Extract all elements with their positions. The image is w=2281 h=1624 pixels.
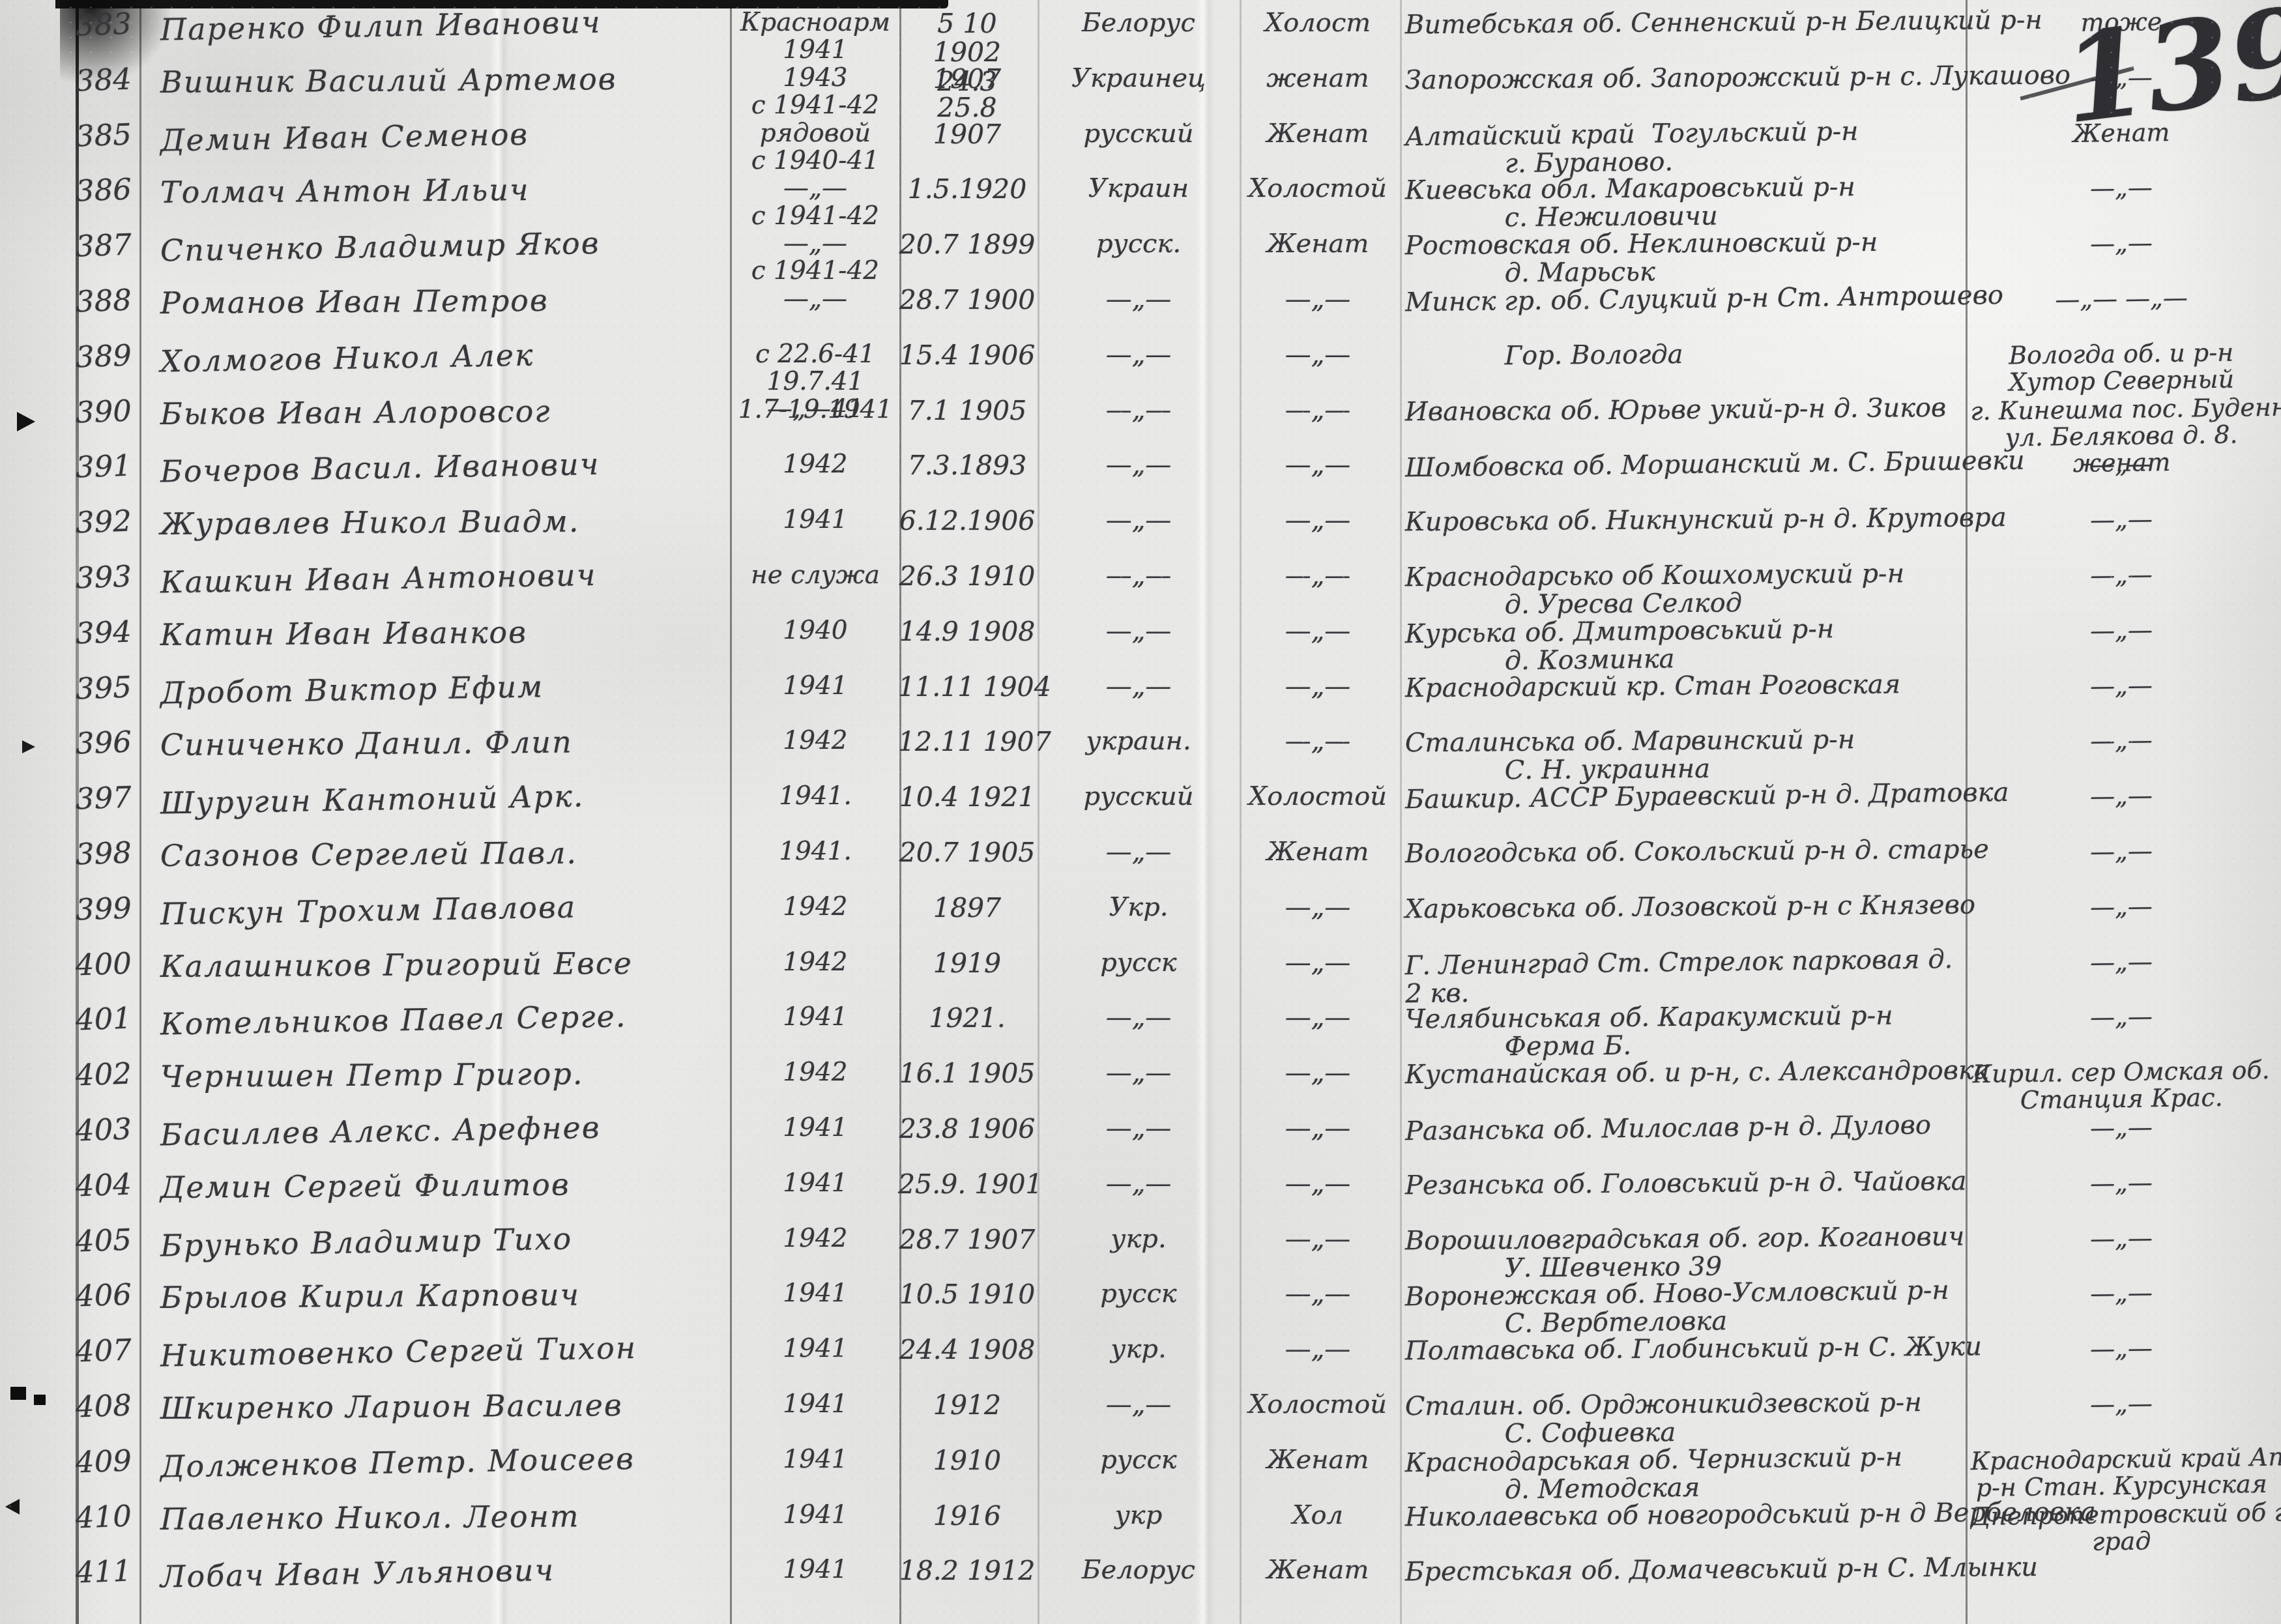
cell-note: —„— <box>1971 1168 2273 1198</box>
cell-row-number: 387 <box>67 229 140 263</box>
cell-service-year: 1942 <box>735 451 895 478</box>
cell-row-number: 402 <box>67 1058 140 1092</box>
page-number: 139 <box>2056 0 2281 141</box>
cell-address: Краснодарськая об. Чернизский р-н д. Мет… <box>1405 1443 1965 1506</box>
cell-row-number: 405 <box>67 1224 140 1258</box>
cell-note: —„— <box>1971 946 2273 977</box>
cell-service-year: 1942 <box>735 727 895 755</box>
cell-service-year: 1941 <box>735 1446 895 1473</box>
cell-marital-status: Холостой <box>1238 175 1397 203</box>
cell-row-number: 386 <box>67 173 140 207</box>
cell-birth-date: 10.4 1921 <box>898 783 1036 811</box>
cell-row-number: 410 <box>67 1500 140 1534</box>
cell-note: —„— <box>1971 725 2273 756</box>
cell-full-name: Басиллев Алекс. Арефнев <box>160 1109 728 1152</box>
cell-row-number: 409 <box>67 1445 140 1479</box>
cell-service-year: —„— с 1941-42 <box>735 230 895 285</box>
cell-birth-date: 1907 <box>898 120 1036 149</box>
table-row: 410 Павленко Никол. Леонт 1941 1916 укр … <box>0 1501 2281 1558</box>
table-row: 401 Котельников Павел Серге. 1941 1921. … <box>0 1004 2281 1060</box>
cell-full-name: Бочеров Васил. Иванович <box>160 446 728 489</box>
cell-marital-status: —„— <box>1238 1280 1397 1308</box>
cell-birth-date: 11.11 1904 <box>898 673 1036 701</box>
cell-note: —„— <box>1971 1278 2273 1309</box>
cell-service-year: 1941 <box>735 673 895 700</box>
cell-nationality: Укр. <box>1040 893 1237 921</box>
cell-address: Алтайский край Тогульский р-н г. Буранов… <box>1405 116 1965 179</box>
cell-birth-date: 6.12.1906 <box>898 506 1036 535</box>
cell-service-year: 1941 <box>735 1004 895 1031</box>
cell-service-year: 1942 <box>735 1225 895 1253</box>
table-row: 389 Холмогов Никол Алек с 22.6-41 19.7.4… <box>0 341 2281 397</box>
cell-row-number: 407 <box>67 1334 140 1368</box>
cell-note: Кирил. сер Омская об. Станция Крас. <box>1970 1057 2272 1115</box>
cell-nationality: русск <box>1040 1446 1237 1474</box>
cell-address: Воронежская об. Ново-Усмловский р-н С. В… <box>1405 1277 1965 1340</box>
cell-address: Киевська обл. Макаровський р-н с. Нежило… <box>1405 173 1965 233</box>
table-row: 396 Синиченко Данил. Флип 1942 12.11 190… <box>0 727 2281 783</box>
cell-row-number: 395 <box>67 671 140 705</box>
cell-marital-status: женат <box>1238 65 1397 93</box>
cell-full-name: Шкиренко Ларион Василев <box>160 1389 727 1425</box>
cell-nationality: Украинец <box>1040 65 1237 93</box>
cell-birth-date: 28.7 1900 <box>898 285 1036 314</box>
table-row: 395 Дробот Виктор Ефим 1941 11.11 1904 —… <box>0 673 2281 729</box>
cell-full-name: Журавлев Никол Виадм. <box>160 504 727 541</box>
cell-nationality: укр. <box>1040 1225 1237 1253</box>
table-row: 390 Быков Иван Алоровсог 1.7-19.1941 7.1… <box>0 396 2281 452</box>
cell-address: Запорожская об. Запорожский р-н с. Лукаш… <box>1405 62 1964 94</box>
cell-nationality: —„— <box>1040 1391 1237 1419</box>
cell-full-name: Синиченко Данил. Флип <box>160 725 727 762</box>
cell-marital-status: —„— <box>1238 1059 1397 1087</box>
cell-full-name: Паренко Филип Иванович <box>160 4 728 46</box>
cell-birth-date: 28.7 1907 <box>898 1225 1036 1254</box>
cell-service-year: 1.7-19.1941 <box>735 396 895 424</box>
cell-row-number: 398 <box>67 837 140 871</box>
cell-address: Башкир. АССР Бураевский р-н д. Дратовка <box>1405 779 1964 815</box>
cell-row-number: 397 <box>67 781 140 815</box>
cell-marital-status: Женат <box>1238 838 1397 866</box>
cell-row-number: 389 <box>67 340 140 373</box>
cell-nationality: —„— <box>1040 562 1237 590</box>
cell-marital-status: Хол <box>1238 1501 1397 1530</box>
cell-address: Брестськая об. Домачевський р-н С. Млынк… <box>1405 1554 1964 1587</box>
cell-service-year: рядовой с 1940-41 <box>735 120 895 175</box>
cell-birth-date: 12.11 1907 <box>898 727 1036 756</box>
cell-nationality: —„— <box>1040 451 1237 479</box>
cell-full-name: Шуругин Кантоний Арк. <box>160 778 728 820</box>
cell-birth-date: 18.2 1912 <box>898 1556 1036 1585</box>
cell-full-name: Сазонов Сергелей Павл. <box>160 836 727 873</box>
cell-note: Краснодарский край Апастулов р-н Стан. К… <box>1970 1444 2272 1502</box>
table-row: 408 Шкиренко Ларион Василев 1941 1912 —„… <box>0 1391 2281 1447</box>
cell-note: —„— <box>1971 173 2273 203</box>
table-row: 403 Басиллев Алекс. Арефнев 1941 23.8 19… <box>0 1114 2281 1170</box>
cell-nationality: русский <box>1040 783 1237 811</box>
cell-marital-status: —„— <box>1238 285 1397 313</box>
cell-birth-date: 23.8 1906 <box>898 1114 1036 1143</box>
cell-row-number: 383 <box>67 8 140 42</box>
cell-full-name: Демин Иван Семенов <box>160 115 728 157</box>
cell-service-year: —„— с 1941-42 <box>735 175 895 229</box>
cell-address: Сталинська об. Марвинский р-н С. Н. укра… <box>1405 725 1965 786</box>
cell-note: —„— <box>1971 560 2273 590</box>
cell-service-year: 1941 <box>735 1170 895 1197</box>
cell-row-number: 384 <box>67 63 140 97</box>
cell-birth-date: 1.5.1920 <box>898 175 1036 203</box>
table-row: 411 Лобач Иван Ульянович 1941 18.2 1912 … <box>0 1556 2281 1612</box>
cell-birth-date: 26.3 1910 <box>898 562 1036 590</box>
cell-full-name: Никитовенко Сергей Тихон <box>160 1331 728 1373</box>
cell-service-year: 1941 <box>735 1335 895 1363</box>
cell-address: Харьковська об. Лозовской р-н с Князево <box>1405 891 1964 923</box>
cell-service-year: 1941 <box>735 1114 895 1142</box>
cell-birth-date: 1916 <box>898 1501 1036 1530</box>
cell-service-year: 1941 <box>735 1501 895 1529</box>
cell-birth-date: 20.7 1899 <box>898 230 1036 259</box>
cell-service-year: 1940 <box>735 617 895 645</box>
table-row: 402 Чернишен Петр Григор. 1942 16.1 1905… <box>0 1059 2281 1115</box>
cell-birth-date: 1921. <box>898 1004 1036 1032</box>
cell-nationality: русск <box>1040 1280 1237 1308</box>
cell-full-name: Вишник Василий Артемов <box>160 63 727 99</box>
cell-full-name: Дробот Виктор Ефим <box>160 667 728 710</box>
cell-note: —„— <box>1971 1389 2273 1419</box>
cell-row-number: 385 <box>67 119 140 152</box>
table-row: 399 Пискун Трохим Павлова 1942 1897 Укр.… <box>0 893 2281 950</box>
cell-birth-date: 10.5 1910 <box>898 1280 1036 1309</box>
cell-marital-status: Женат <box>1238 120 1397 148</box>
cell-marital-status: —„— <box>1238 562 1397 590</box>
cell-marital-status: —„— <box>1238 396 1397 424</box>
cell-row-number: 394 <box>67 616 140 650</box>
table-row: 383 Паренко Филип Иванович Красноарм 194… <box>0 9 2281 65</box>
cell-address: Ростовская об. Неклиновский р-н д. Марьс… <box>1405 228 1965 289</box>
cell-marital-status: Женат <box>1238 1556 1397 1584</box>
cell-row-number: 406 <box>67 1279 140 1312</box>
cell-marital-status: —„— <box>1238 1004 1397 1032</box>
cell-note: —„— <box>1971 449 2273 480</box>
cell-row-number: 404 <box>67 1168 140 1202</box>
cell-full-name: Долженков Петр. Моисеев <box>160 1441 728 1483</box>
cell-service-year: 1942 <box>735 949 895 976</box>
cell-birth-date: 7.3.1893 <box>898 451 1036 480</box>
cell-full-name: Лобач Иван Ульянович <box>160 1552 728 1594</box>
cell-nationality: русск <box>1040 949 1237 977</box>
cell-marital-status: —„— <box>1238 1335 1397 1363</box>
cell-note: —„— <box>1971 670 2273 701</box>
cell-full-name: Калашников Григорий Евсе <box>160 947 727 983</box>
cell-address: Николаевська об новгородський р-н д Верб… <box>1405 1499 1964 1531</box>
cell-birth-date: 25.9. 1901 <box>898 1170 1036 1198</box>
cell-marital-status: —„— <box>1238 1225 1397 1253</box>
cell-address: Краснодарский кр. Стан Роговская <box>1405 670 1964 703</box>
cell-service-year: 1942 <box>735 1059 895 1086</box>
cell-birth-date: 16.1 1905 <box>898 1059 1036 1088</box>
cell-nationality: русск. <box>1040 230 1237 258</box>
cell-row-number: 401 <box>67 1002 140 1036</box>
cell-full-name: Кашкин Иван Антонович <box>160 557 728 599</box>
table-row: 406 Брылов Кирил Карпович 1941 10.5 1910… <box>0 1280 2281 1336</box>
cell-service-year: 1941. <box>735 783 895 810</box>
cell-full-name: Спиченко Владимир Яков <box>160 225 728 268</box>
cell-full-name: Холмогов Никол Алек <box>160 336 728 378</box>
cell-address: Полтавська об. Глобинський р-н С. Жуки <box>1405 1333 1964 1366</box>
cell-full-name: Быков Иван Алоровсог <box>160 394 727 431</box>
cell-marital-status: —„— <box>1238 506 1397 534</box>
cell-marital-status: —„— <box>1238 1114 1397 1142</box>
cell-address: Кустанайская об. и р-н, с. Александровка <box>1405 1057 1964 1090</box>
table-row: 387 Спиченко Владимир Яков —„— с 1941-42… <box>0 230 2281 286</box>
table-row: 392 Журавлев Никол Виадм. 1941 6.12.1906… <box>0 506 2281 562</box>
cell-marital-status: —„— <box>1238 893 1397 921</box>
cell-row-number: 399 <box>67 892 140 926</box>
table-row: 407 Никитовенко Сергей Тихон 1941 24.4 1… <box>0 1335 2281 1391</box>
table-row: 385 Демин Иван Семенов рядовой с 1940-41… <box>0 120 2281 176</box>
document-page: 383 Паренко Филип Иванович Красноарм 194… <box>0 0 2281 1624</box>
cell-marital-status: Женат <box>1238 230 1397 258</box>
cell-nationality: —„— <box>1040 838 1237 866</box>
cell-service-year: Красноарм 1941 <box>735 9 895 64</box>
cell-birth-date: 1897 <box>898 893 1036 922</box>
cell-nationality: —„— <box>1040 1114 1237 1142</box>
cell-note: Днепропетровский об г. Киро- град <box>1970 1499 2272 1557</box>
cell-nationality: —„— <box>1040 1170 1237 1198</box>
cell-address: Шомбовска об. Моршанский м. С. Бришевки <box>1405 448 1964 483</box>
cell-address: Минск гр. об. Слуцкий р-н Ст. Антрошево <box>1405 282 1964 317</box>
table-row: 386 Толмач Антон Ильич —„— с 1941-42 1.5… <box>0 175 2281 231</box>
cell-birth-date: 24.4 1908 <box>898 1335 1036 1364</box>
cell-nationality: —„— <box>1040 673 1237 701</box>
cell-note: —„— <box>1971 892 2273 922</box>
cell-full-name: Чернишен Петр Григор. <box>160 1057 727 1094</box>
cell-address: Курська об. Дмитровський р-н д. Козминка <box>1405 614 1965 677</box>
cell-full-name: Романов Иван Петров <box>160 283 727 320</box>
cell-birth-date: 1912 <box>898 1391 1036 1419</box>
cell-birth-date: 15.4 1906 <box>898 341 1036 370</box>
cell-note: —„— <box>1971 228 2273 259</box>
cell-full-name: Брунько Владимир Тихо <box>160 1220 728 1262</box>
cell-row-number: 393 <box>67 560 140 594</box>
cell-marital-status: Холостой <box>1238 783 1397 811</box>
cell-note: —„— <box>1971 781 2273 811</box>
cell-address: Гор. Вологда <box>1405 338 1964 371</box>
cell-service-year: 1941 <box>735 1391 895 1418</box>
cell-marital-status: Женат <box>1238 1446 1397 1474</box>
cell-service-year: 1941 <box>735 1280 895 1307</box>
cell-note: —„— <box>1971 1002 2273 1032</box>
cell-row-number: 388 <box>67 284 140 318</box>
cell-full-name: Брылов Кирил Карпович <box>160 1278 727 1314</box>
cell-full-name: Пискун Трохим Павлова <box>160 888 728 931</box>
cell-nationality: —„— <box>1040 1059 1237 1087</box>
cell-nationality: —„— <box>1040 396 1237 424</box>
cell-nationality: —„— <box>1040 506 1237 534</box>
cell-note: —„— <box>1971 836 2273 867</box>
cell-address: Витебськая об. Сенненский р-н Белицкий р… <box>1405 7 1964 40</box>
cell-marital-status: —„— <box>1238 673 1397 701</box>
cell-note: Вологда об. и р-н Хутор Северный <box>1970 339 2272 397</box>
cell-address: Ивановска об. Юрьве укий-р-н д. Зиков <box>1405 394 1964 426</box>
cell-nationality: укр. <box>1040 1335 1237 1363</box>
cell-birth-date: 7.1 1905 <box>898 396 1036 425</box>
cell-birth-date: 1910 <box>898 1446 1036 1475</box>
cell-row-number: 391 <box>67 450 140 484</box>
cell-row-number: 400 <box>67 948 140 981</box>
cell-full-name: Толмач Антон Ильич <box>160 173 727 209</box>
cell-address: Разанська об. Милослав р-н д. Дулово <box>1405 1111 1964 1146</box>
cell-service-year: —„— <box>735 285 895 313</box>
cell-address: Г. Ленинград Ст. Стрелок парковая д. 2 к… <box>1405 945 1965 1008</box>
cell-nationality: —„— <box>1040 617 1237 645</box>
cell-full-name: Катин Иван Иванков <box>160 615 727 652</box>
cell-nationality: —„— <box>1040 1004 1237 1032</box>
cell-row-number: 396 <box>67 726 140 760</box>
cell-full-name: Павленко Никол. Леонт <box>160 1500 727 1536</box>
cell-address: Ворошиловградськая об. гор. Коганович У.… <box>1405 1223 1965 1283</box>
cell-row-number: 408 <box>67 1389 140 1423</box>
table-row: 397 Шуругин Кантоний Арк. 1941. 10.4 192… <box>0 783 2281 839</box>
cell-marital-status: —„— <box>1238 341 1397 369</box>
table-row: 398 Сазонов Сергелей Павл. 1941. 20.7 19… <box>0 838 2281 894</box>
cell-marital-status: —„— <box>1238 1170 1397 1198</box>
cell-nationality: укр <box>1040 1501 1237 1530</box>
cell-marital-status: —„— <box>1238 617 1397 645</box>
cell-full-name: Демин Сергей Филитов <box>160 1168 727 1204</box>
cell-nationality: украин. <box>1040 727 1237 755</box>
table-row: 394 Катин Иван Иванков 1940 14.9 1908 —„… <box>0 617 2281 673</box>
cell-note: —„— <box>1971 1333 2273 1364</box>
ledger-rows: 383 Паренко Филип Иванович Красноарм 194… <box>0 0 2281 1624</box>
cell-note: —„— <box>1971 504 2273 535</box>
cell-address: Вологодська об. Сокольский р-н д. старье <box>1405 836 1964 869</box>
cell-row-number: 403 <box>67 1113 140 1147</box>
cell-service-year: 1941 <box>735 1556 895 1584</box>
cell-address: Кировська об. Никнунский р-н д. Крутовра <box>1405 504 1964 537</box>
table-row: 404 Демин Сергей Филитов 1941 25.9. 1901… <box>0 1170 2281 1226</box>
cell-row-number: 392 <box>67 505 140 539</box>
cell-note: —„— —„— <box>1971 283 2273 314</box>
cell-row-number: 390 <box>67 395 140 429</box>
table-row: 409 Долженков Петр. Моисеев 1941 1910 ру… <box>0 1446 2281 1502</box>
cell-address: Челябинськая об. Каракумский р-н Ферма Б… <box>1405 1002 1965 1062</box>
cell-row-number: 411 <box>67 1555 140 1589</box>
cell-note: —„— <box>1971 1112 2273 1143</box>
cell-service-year: 1941. <box>735 838 895 865</box>
table-row: 400 Калашников Григорий Евсе 1942 1919 р… <box>0 949 2281 1005</box>
cell-birth-date: 1907 25.8 <box>898 65 1036 123</box>
cell-nationality: —„— <box>1040 341 1237 369</box>
table-row: 384 Вишник Василий Артемов 1943 с 1941-4… <box>0 65 2281 121</box>
cell-birth-date: 14.9 1908 <box>898 617 1036 646</box>
cell-service-year: 1942 <box>735 893 895 921</box>
cell-marital-status: Холост <box>1238 9 1397 37</box>
cell-service-year: не служа <box>735 562 895 589</box>
cell-marital-status: —„— <box>1238 451 1397 479</box>
cell-nationality: —„— <box>1040 285 1237 313</box>
table-row: 388 Романов Иван Петров —„— 28.7 1900 —„… <box>0 285 2281 341</box>
cell-nationality: Украин <box>1040 175 1237 203</box>
cell-address: Сталин. об. Орджоникидзевской р-н С. Соф… <box>1405 1389 1965 1449</box>
cell-marital-status: —„— <box>1238 949 1397 977</box>
cell-note: —„— <box>1971 615 2273 646</box>
table-row: 405 Брунько Владимир Тихо 1942 28.7 1907… <box>0 1225 2281 1281</box>
cell-birth-date: 20.7 1905 <box>898 838 1036 867</box>
cell-birth-date: 1919 <box>898 949 1036 978</box>
cell-service-year: 1943 с 1941-42 <box>735 65 895 119</box>
cell-nationality: русский <box>1040 120 1237 148</box>
cell-nationality: Белорус <box>1040 1556 1237 1584</box>
cell-address: Краснодарсько об Кошхомуский р-н д. Урес… <box>1405 560 1965 620</box>
cell-service-year: 1941 <box>735 506 895 534</box>
cell-marital-status: —„— <box>1238 727 1397 755</box>
cell-address: Резанська об. Головський р-н д. Чайовка <box>1405 1167 1964 1200</box>
table-row: 393 Кашкин Иван Антонович не служа 26.3 … <box>0 562 2281 618</box>
cell-note: —„— <box>1971 1223 2273 1253</box>
cell-marital-status: Холостой <box>1238 1391 1397 1419</box>
table-row: 391 Бочеров Васил. Иванович 1942 7.3.189… <box>0 451 2281 507</box>
cell-nationality: Белорус <box>1040 9 1237 37</box>
cell-full-name: Котельников Павел Серге. <box>160 999 728 1041</box>
